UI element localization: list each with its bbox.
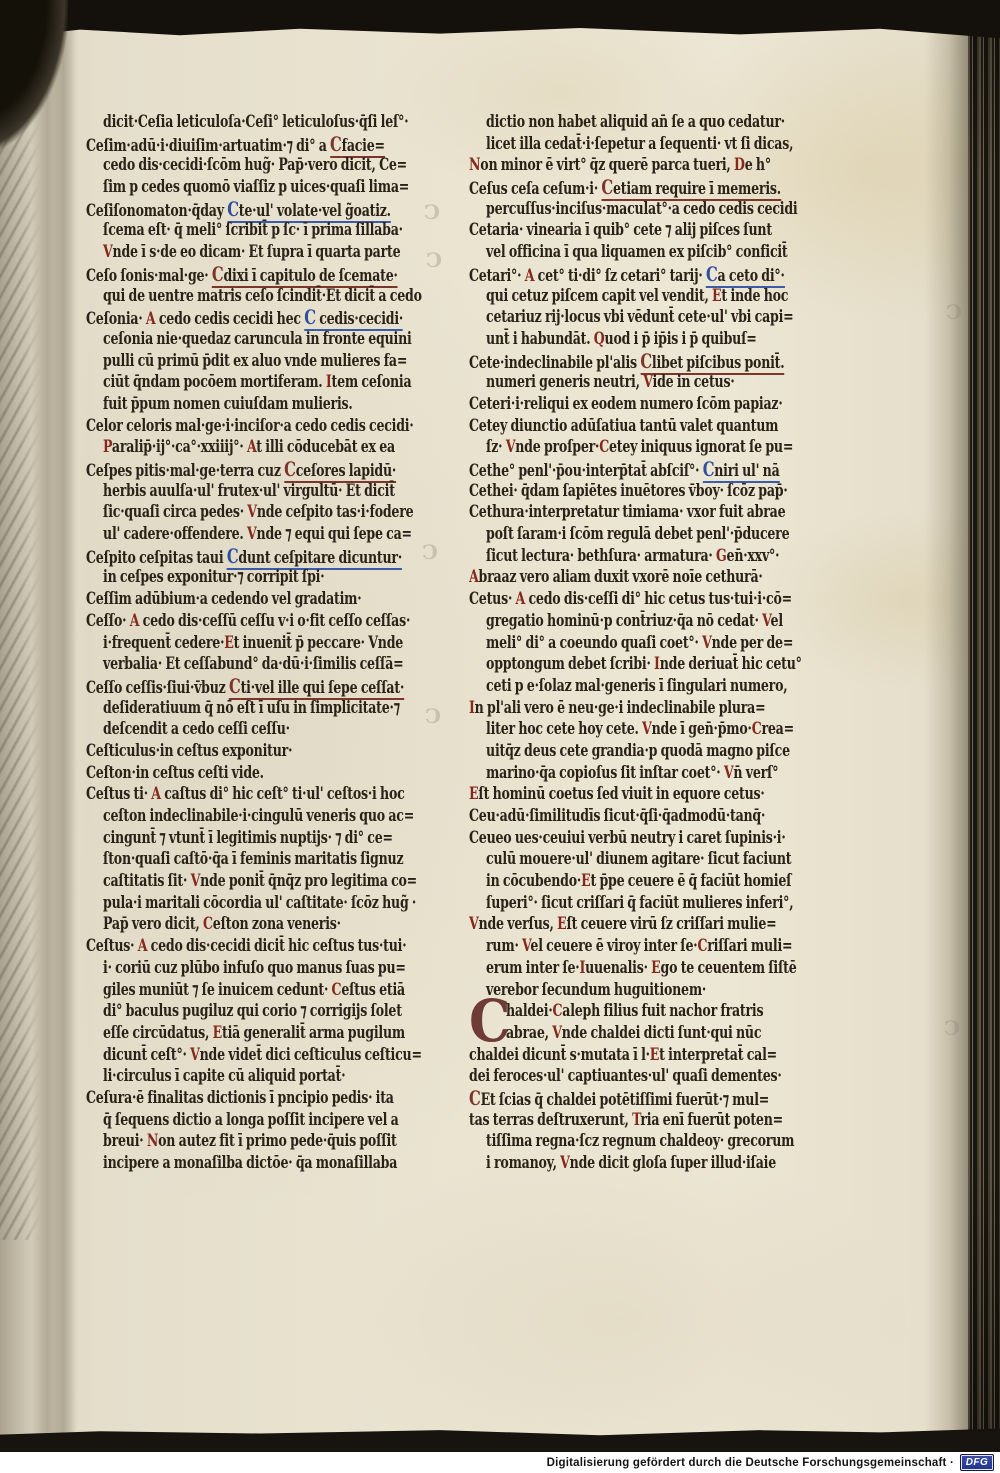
text-segment: t p̄pe ceuere ē q̄ faciūt homieſ bbox=[590, 871, 791, 891]
text-segment: Cetus· bbox=[469, 589, 516, 609]
text-line: marino·q̄a copioſus ſit inſtar coet°· Vn… bbox=[469, 763, 741, 785]
text-segment: Ceſura·ē finalitas dictionis ī pncipio p… bbox=[86, 1088, 394, 1108]
text-segment: fuit p̄pum nomen cuiuſdam mulieris. bbox=[103, 394, 352, 414]
text-segment: dicunt̄ ceſt°· bbox=[103, 1045, 190, 1065]
text-line: ciūt q̄ndam pocōem mortiferam. Item ceſo… bbox=[86, 372, 358, 394]
rubricated-segment: V bbox=[724, 763, 734, 783]
text-segment: Ceſonia· bbox=[86, 309, 146, 329]
text-line: Cethura·interpretatur timiama· vxor fuit… bbox=[469, 502, 741, 524]
text-line: Ceſura·ē finalitas dictionis ī pncipio p… bbox=[86, 1088, 358, 1110]
facing-page-showthrough bbox=[0, 120, 40, 1240]
text-segment: Ceſtus· bbox=[86, 936, 138, 956]
text-segment: riſſari muli= bbox=[707, 936, 792, 956]
rubricated-segment: A bbox=[146, 309, 156, 329]
rubricated-segment: dixi ī capitulo de ſcemate· bbox=[223, 266, 397, 288]
rubricated-segment: E bbox=[469, 784, 478, 804]
text-segment: i romanoy, bbox=[486, 1153, 560, 1173]
text-segment: abrae, bbox=[506, 1023, 552, 1043]
text-line: verbalia· Et ceſſabund° da·dū·i·ſimilis … bbox=[86, 654, 358, 676]
text-segment: e h° bbox=[745, 155, 771, 175]
text-segment: unt̄ i habundāt. bbox=[486, 329, 594, 349]
text-segment: giles muniūt ⁊ ſe inuicem cedunt· bbox=[103, 980, 332, 1000]
text-segment: el ceuere ē viroy inter ſe· bbox=[530, 936, 697, 956]
rubricated-segment: E bbox=[650, 1045, 659, 1065]
text-segment: dictio non habet aliquid an̄ ſe a quo ce… bbox=[486, 112, 785, 132]
rubricated-segment: Q bbox=[594, 329, 605, 349]
text-line: Ceſim·adū·i·diuiſim·artuatim·⁊ di° a Cfa… bbox=[86, 134, 358, 156]
text-segment: herbis auulſa·ul' frutex·ul' virgultū· E… bbox=[103, 481, 395, 501]
text-segment: cedo dis·ceſſū ceſſu v·i o·fit ceſſo ceſ… bbox=[139, 611, 410, 631]
text-segment: Cetey diunctio adūſatiua tantū valet qua… bbox=[469, 416, 778, 436]
rubricated-segment: etiam require ī memeris. bbox=[613, 179, 781, 201]
text-segment: dei feroces·ul' captiuantes·ul' quaſi de… bbox=[469, 1066, 782, 1086]
text-segment: rum· bbox=[486, 936, 522, 956]
text-segment: ceti p e·ſolaz mal·generis ī ſingulari n… bbox=[486, 676, 787, 696]
text-line: q̄ ſequens dictio a longa poſſit inciper… bbox=[86, 1110, 358, 1132]
text-segment: ſton·quaſi caſtō·q̄a ī feminis maritatis… bbox=[103, 849, 403, 869]
text-segment: nde chaldei dicti ſunt·qui nūc bbox=[562, 1023, 762, 1043]
text-line: deſideratiuum q̄ nō eſt ī uſu in ſimplic… bbox=[86, 698, 358, 720]
text-segment: tas terras deſtruxerunt, bbox=[469, 1110, 632, 1130]
text-segment: ul' cadere·offendere. bbox=[103, 524, 247, 544]
rubricated-segment: V bbox=[552, 1023, 562, 1043]
text-segment: n pl'ali vero ē neu·ge·i indeclinabile p… bbox=[475, 698, 766, 718]
text-segment: ſz· bbox=[486, 437, 506, 457]
rubricated-segment: te·ul' volate·vel g̃oatiz. bbox=[239, 201, 391, 223]
rubricated-segment: E bbox=[651, 958, 660, 978]
rubricated-segment: C bbox=[752, 719, 762, 739]
text-line: ſcema eſt· q̄ meli° ſcribit̄ p ſc· ī pri… bbox=[86, 220, 358, 242]
text-segment: erum inter ſe· bbox=[486, 958, 579, 978]
text-segment: i· coriū cuz plūbo infuſo quo manus ſuas… bbox=[103, 958, 406, 978]
text-line: in ceſpes exponitur·⁊ corripit ſpi· bbox=[86, 567, 358, 589]
text-line: tiſſima regna·ſcz regnum chaldeoy· greco… bbox=[469, 1131, 741, 1153]
text-segment: Et ſcias q̄ chaldei potētiſſimi fuerūt·⁊… bbox=[481, 1090, 770, 1110]
text-line: ſicut lectura· bethſura· armatura· Gen̄·… bbox=[469, 546, 741, 568]
text-segment: etey iniquus ignorat ſe pu= bbox=[609, 437, 793, 457]
text-line: Ceſonia· A cedo cedis cecidi hec C cedis… bbox=[86, 307, 358, 329]
text-segment: Ceſton·in ceſtus ceſti vide. bbox=[86, 763, 264, 783]
text-line: Eſt hominū coetus ſed viuit in equore ce… bbox=[469, 784, 741, 806]
text-segment: numeri generis neutri, bbox=[486, 372, 643, 392]
text-line: giles muniūt ⁊ ſe inuicem cedunt· Ceſtus… bbox=[86, 980, 358, 1002]
text-segment: deſideratiuum q̄ nō eſt ī uſu in ſimplic… bbox=[103, 698, 400, 718]
text-segment: on minor ē virt° q̄z querē parca tueri, bbox=[480, 155, 734, 175]
left-text-column: dicit·Ceſia leticuloſa·Ceſi° leticuloſus… bbox=[86, 112, 454, 1182]
text-line: Cetari°· A cet° ti·di° ſz cetari° tarij·… bbox=[469, 264, 741, 286]
text-line: ſim p cedes quomō viaſſiz p uices·quaſi … bbox=[86, 177, 358, 199]
text-line: opptongum debet ſcribi· Inde deriuat̄ hi… bbox=[469, 654, 741, 676]
text-segment: Cetaria· vinearia ī quib° cete ⁊ alij pi… bbox=[469, 220, 772, 240]
text-segment: opptongum debet ſcribi· bbox=[486, 654, 654, 674]
rubricated-segment: V bbox=[247, 502, 257, 522]
text-line: Cetey diunctio adūſatiua tantū valet qua… bbox=[469, 416, 741, 438]
rubricated-segment: N bbox=[469, 155, 480, 175]
text-line: di° baculus pugiluz qui corio ⁊ corrigij… bbox=[86, 1001, 358, 1023]
text-segment: on autez fit ī primo pede·q̄uis poſſit bbox=[158, 1131, 396, 1151]
rubricated-segment: A bbox=[516, 589, 526, 609]
text-line: gregatio hominū·p cont̄riuz·q̄a nō cedat… bbox=[469, 611, 741, 633]
rubricated-segment: C bbox=[330, 132, 342, 158]
text-segment: ceſonia nie·quedaz caruncula in fronte e… bbox=[103, 329, 412, 349]
text-segment: Ceſus ceſa ceſum·i· bbox=[469, 179, 601, 199]
rubricated-segment: A bbox=[247, 437, 256, 457]
text-segment: in cōcubendo· bbox=[486, 871, 581, 891]
text-line: abrae, Vnde chaldei dicti ſunt·qui nūc bbox=[469, 1023, 741, 1045]
page-fore-edge bbox=[968, 0, 1000, 1452]
text-line: dicunt̄ ceſt°· Vnde videt̄ dici ceſticul… bbox=[86, 1045, 358, 1067]
rubricated-segment: cedis·cecidi· bbox=[316, 309, 403, 331]
rubricated-segment: C bbox=[697, 936, 707, 956]
text-line: Ceſus ceſa ceſum·i· Cetiam require ī mem… bbox=[469, 177, 741, 199]
rubricated-segment: C bbox=[203, 914, 213, 934]
text-line: Ceteri·i·reliqui ex eodem numero ſcōm pa… bbox=[469, 394, 741, 416]
text-line: Ceſſo ceſſis·ſiui·v̄buz Cti·vel ille qui… bbox=[86, 676, 358, 698]
text-segment: ſcema eſt· q̄ meli° ſcribit̄ p ſc· ī pri… bbox=[103, 220, 403, 240]
text-line: caſtitatis ſit· Vnde ponit̄ q̄nq̄z pro l… bbox=[86, 871, 358, 893]
rubricated-segment: C bbox=[227, 544, 239, 570]
text-segment: Ceteri·i·reliqui ex eodem numero ſcōm pa… bbox=[469, 394, 783, 414]
text-segment: pula·i maritali cōcordia ul' caſtitate· … bbox=[103, 893, 416, 913]
text-line: Cetus· A cedo dis·ceſſi di° hic cetus tu… bbox=[469, 589, 741, 611]
text-segment: uuenalis· bbox=[585, 958, 651, 978]
text-segment: Ceueo ues·ceuiui verbū neutry i caret ſu… bbox=[469, 828, 786, 848]
text-line: ceſonia nie·quedaz caruncula in fronte e… bbox=[86, 329, 358, 351]
rubricated-segment: C bbox=[284, 457, 296, 483]
text-line: in cōcubendo·Et p̄pe ceuere ē q̄ faciūt … bbox=[469, 871, 741, 893]
text-segment: nde videt̄ dici ceſticulus ceſticu= bbox=[200, 1045, 422, 1065]
text-line: eſſe circūdatus, Etiā generalit̄ arma pu… bbox=[86, 1023, 358, 1045]
text-segment: i·frequent̄ cedere· bbox=[103, 633, 224, 653]
text-segment: eſſe circūdatus, bbox=[103, 1023, 213, 1043]
text-line: liter hoc cete hoy cete. Vnde ī gen̄·p̄m… bbox=[469, 719, 741, 741]
fore-edge-shadow bbox=[925, 0, 968, 1452]
text-segment: Ceſſim adūbium·a cedendo vel gradatim· bbox=[86, 589, 361, 609]
text-segment: tiā generalit̄ arma pugilum bbox=[222, 1023, 405, 1043]
rubricated-segment: A bbox=[469, 567, 479, 587]
text-segment: nde ⁊ equi qui ſepe ca= bbox=[257, 524, 412, 544]
rubricated-segment: C bbox=[552, 1001, 562, 1021]
text-line: Vnde ī s·de eo dicam· Et ſupra ī quarta … bbox=[86, 242, 358, 264]
dfg-logo: DFG bbox=[960, 1454, 994, 1471]
text-segment: nde proſper· bbox=[515, 437, 599, 457]
text-line: Abraaz vero aliam duxit vxorē noīe cethu… bbox=[469, 567, 741, 589]
rubricated-segment: E bbox=[581, 871, 590, 891]
text-line: Ceu·adū·ſimilitudīs ſicut·q̄ſi·q̄admodū·… bbox=[469, 806, 741, 828]
text-line: dei feroces·ul' captiuantes·ul' quaſi de… bbox=[469, 1066, 741, 1088]
rubricated-segment: C bbox=[640, 349, 652, 375]
rubricated-segment: E bbox=[712, 286, 721, 306]
text-line: licet illa cedat̄·i·ſepetur a ſequenti· … bbox=[469, 134, 741, 156]
text-segment: aleph filius fuit nachor fratris bbox=[562, 1001, 763, 1021]
rubricated-segment: V bbox=[190, 1045, 200, 1065]
text-segment: licet illa cedat̄·i·ſepetur a ſequenti· … bbox=[486, 134, 793, 154]
rubricated-segment: V bbox=[506, 437, 516, 457]
text-segment: cingunt̄ ⁊ vtunt̄ ī legitimis nuptijs· ⁊… bbox=[103, 828, 393, 848]
rubricated-segment: C bbox=[703, 457, 715, 483]
rubricated-segment: V bbox=[560, 1153, 570, 1173]
rubricated-segment: V bbox=[522, 936, 530, 956]
text-line: chaldei dicunt̄ s·mutata ī l·Et interpre… bbox=[469, 1045, 741, 1067]
rubricated-segment: P bbox=[103, 437, 112, 457]
rubricated-segment: E bbox=[224, 633, 233, 653]
text-segment: ſim p cedes quomō viaſſiz p uices·quaſi … bbox=[103, 177, 409, 197]
rubricated-segment: E bbox=[557, 914, 566, 934]
text-segment: Celor celoris mal·ge·i·inciſor·a cedo ce… bbox=[86, 416, 414, 436]
text-segment: verbalia· Et ceſſabund° da·dū·i·ſimilis … bbox=[103, 654, 403, 674]
text-line: i· coriū cuz plūbo infuſo quo manus ſuas… bbox=[86, 958, 358, 980]
text-segment: nde ceſpito tas·i·fodere bbox=[257, 502, 414, 522]
text-line: percuſſus·inciſus·maculat°·a cedo cedis … bbox=[469, 199, 741, 221]
text-segment: cet° ti·di° ſz cetari° tarij· bbox=[534, 266, 706, 286]
rubricated-segment: C bbox=[599, 437, 609, 457]
text-segment: ciūt q̄ndam pocōem mortiferam. bbox=[103, 372, 326, 392]
text-segment: Ceſſo· bbox=[86, 611, 130, 631]
text-segment: Pap̄ vero dicit, bbox=[103, 914, 203, 934]
text-segment: cetariuz rij·locus vbi vēdunt̄ cete·ul' … bbox=[486, 307, 793, 327]
text-line: fuit p̄pum nomen cuiuſdam mulieris. bbox=[86, 394, 358, 416]
text-line: ul' cadere·offendere. Vnde ⁊ equi qui ſe… bbox=[86, 524, 358, 546]
text-segment: el bbox=[771, 611, 783, 631]
text-segment: Ceſticulus·in ceſtus exponitur· bbox=[86, 741, 292, 761]
rubricated-segment: a ceto di°· bbox=[718, 266, 785, 288]
text-segment: tem ceſonia bbox=[332, 372, 412, 392]
text-segment: nde ī gen̄·p̄mo· bbox=[652, 719, 752, 739]
text-segment: t interpretat̄ cal= bbox=[659, 1045, 777, 1065]
text-segment: verebor ſecundum huguitionem· bbox=[486, 980, 706, 1000]
text-line: Ceſtus· A cedo dis·cecidi dicit̄ hic ceſ… bbox=[86, 936, 358, 958]
text-line: rum· Vel ceuere ē viroy inter ſe·Criſſar… bbox=[469, 936, 741, 958]
text-line: qui cetuz piſcem capit vel vendit, Et in… bbox=[469, 286, 741, 308]
text-line: pulli cū primū p̄dit ex aluo vnde mulier… bbox=[86, 351, 358, 373]
text-line: li·circulus ī capite cū aliquid portat̄· bbox=[86, 1066, 358, 1088]
text-segment: chaldei dicunt̄ s·mutata ī l· bbox=[469, 1045, 650, 1065]
text-segment: ria enī fuerūt poten= bbox=[640, 1110, 783, 1130]
binding-corner bbox=[0, 0, 68, 154]
text-line: ſic·quaſi circa pedes· Vnde ceſpito tas·… bbox=[86, 502, 358, 524]
rubricated-segment: niri ul' nā bbox=[714, 461, 779, 483]
text-line: uitq̄z deus cete grandia·p quodā magno p… bbox=[469, 741, 741, 763]
text-segment: t inde hoc bbox=[721, 286, 788, 306]
text-line: cetariuz rij·locus vbi vēdunt̄ cete·ul' … bbox=[469, 307, 741, 329]
text-line: Cethei· q̄dam ſapiētes inuētores v̄boy· … bbox=[469, 481, 741, 503]
ink-showthrough-mark bbox=[944, 1016, 960, 1040]
text-line: Celor celoris mal·ge·i·inciſor·a cedo ce… bbox=[86, 416, 358, 438]
digitized-manuscript-page: { "banner": { "credit_text": "Digitalisi… bbox=[0, 0, 1000, 1473]
text-segment: li·circulus ī capite cū aliquid portat̄· bbox=[103, 1066, 345, 1086]
text-line: dicit·Ceſia leticuloſa·Ceſi° leticuloſus… bbox=[86, 112, 358, 134]
text-line: Pap̄ vero dicit, Ceſton zona veneris· bbox=[86, 914, 358, 936]
text-segment: dicit·Ceſia leticuloſa·Ceſi° leticuloſus… bbox=[103, 112, 408, 132]
text-segment: ide in cetus· bbox=[653, 372, 735, 392]
text-line: Non minor ē virt° q̄z querē parca tueri,… bbox=[469, 155, 741, 177]
text-line: Cete·indeclinabile pl'alis Clibet piſcib… bbox=[469, 351, 741, 373]
text-line: incipere a monaſilba dictōe· q̄a monaſil… bbox=[86, 1153, 358, 1175]
text-line: Ceſſim adūbium·a cedendo vel gradatim· bbox=[86, 589, 358, 611]
rubricated-segment: V bbox=[642, 719, 652, 739]
text-segment: qui de uentre matris ceſo ſcindit̄·Et di… bbox=[103, 286, 422, 306]
text-segment: eſtus etiā bbox=[341, 980, 405, 1000]
text-segment: t illi cōducebāt ex ea bbox=[256, 437, 395, 457]
text-line: ſton·quaſi caſtō·q̄a ī feminis maritatis… bbox=[86, 849, 358, 871]
text-segment: qui cetuz piſcem capit vel vendit, bbox=[486, 286, 712, 306]
text-segment: poſt ſaram·i ſcōm regulā debet penl'·p̄d… bbox=[486, 524, 789, 544]
text-line: cingunt̄ ⁊ vtunt̄ ī legitimis nuptijs· ⁊… bbox=[86, 828, 358, 850]
text-segment: cedo cedis cecidi hec bbox=[155, 309, 304, 329]
text-line: vel officina ī qua liquamen ex piſcib° c… bbox=[469, 242, 741, 264]
text-segment: nde dicit gloſa ſuper illud·iſaie bbox=[570, 1153, 776, 1173]
text-line: Ceſſo· A cedo dis·ceſſū ceſſu v·i o·fit … bbox=[86, 611, 358, 633]
text-segment: q̄ ſequens dictio a longa poſſit inciper… bbox=[103, 1110, 399, 1130]
text-segment: cedo dis·cecidi·ſcōm hug̃· Pap̄·vero dic… bbox=[103, 155, 407, 175]
text-segment: uod i p̄ ip̄is i p̄ quibuſ= bbox=[605, 329, 757, 349]
text-line: Ceſpito ceſpitas taui Cdunt ceſpitare di… bbox=[86, 546, 358, 568]
text-segment: caſtus di° hic ceſt° ti·ul' ceſtos·i hoc bbox=[161, 784, 405, 804]
text-segment: incipere a monaſilba dictōe· q̄a monaſil… bbox=[103, 1153, 397, 1173]
text-line: meli° di° a coeundo quaſi coet°· Vnde pe… bbox=[469, 633, 741, 655]
rubricated-segment: libet piſcibus ponit̄. bbox=[652, 353, 785, 375]
text-line: ſuperi°· ſicut criſſari q̄ faciūt mulier… bbox=[469, 893, 741, 915]
text-segment: caſtitatis ſit· bbox=[103, 871, 191, 891]
text-line: ceti p e·ſolaz mal·generis ī ſingulari n… bbox=[469, 676, 741, 698]
text-segment: cedo dis·ceſſi di° hic cetus tus·tui·i·c… bbox=[525, 589, 792, 609]
text-segment: n̄ verſ° bbox=[733, 763, 778, 783]
rubricated-segment: C bbox=[332, 980, 342, 1000]
text-segment: Ceſſo ceſſis·ſiui·v̄buz bbox=[86, 678, 229, 698]
text-segment: percuſſus·inciſus·maculat°·a cedo cedis … bbox=[486, 199, 797, 219]
text-segment: gregatio hominū·p cont̄riuz·q̄a nō cedat… bbox=[486, 611, 762, 631]
text-line: Ceſiſonomaton·q̄day Cte·ul' volate·vel g… bbox=[86, 199, 358, 221]
text-line: i romanoy, Vnde dicit gloſa ſuper illud·… bbox=[469, 1153, 741, 1175]
ink-showthrough-mark bbox=[946, 300, 962, 324]
text-segment: Ceſim·adū·i·diuiſim·artuatim·⁊ di° a bbox=[86, 136, 330, 156]
rubricated-segment: N bbox=[147, 1131, 158, 1151]
rubricated-segment: E bbox=[213, 1023, 222, 1043]
rubricated-segment: V bbox=[247, 524, 257, 544]
text-segment: eſton zona veneris· bbox=[213, 914, 341, 934]
text-line: ſz· Vnde proſper·Cetey iniquus ignorat ſ… bbox=[469, 437, 741, 459]
rubricated-segment: V bbox=[643, 372, 652, 392]
text-line: Ceſpes pitis·mal·ge·terra cuz Cceſores l… bbox=[86, 459, 358, 481]
rubricated-segment: ceſores lapidū· bbox=[296, 461, 396, 483]
text-segment: en̄·xxv°· bbox=[727, 546, 780, 566]
text-line: Cethe° penl'·p̄ou·interp̄tat̄ abſciſ°· C… bbox=[469, 459, 741, 481]
text-line: unt̄ i habundāt. Quod i p̄ ip̄is i p̄ qu… bbox=[469, 329, 741, 351]
text-segment: marino·q̄a copioſus ſit inſtar coet°· bbox=[486, 763, 724, 783]
text-segment: go te ceuentem ſiſtē bbox=[661, 958, 797, 978]
text-line: Vnde verſus, Eſt ceuere virū ſz criſſari… bbox=[469, 914, 741, 936]
text-segment: ceſton indeclinabile·i·cingulū veneris q… bbox=[103, 806, 414, 826]
text-segment: nde per de= bbox=[712, 633, 794, 653]
text-line: breui· Non autez fit ī primo pede·q̄uis … bbox=[86, 1131, 358, 1153]
rubricated-segment: A bbox=[138, 936, 148, 956]
text-line: Ceueo ues·ceuiui verbū neutry i caret ſu… bbox=[469, 828, 741, 850]
text-line: verebor ſecundum huguitionem· bbox=[469, 980, 741, 1002]
text-segment: Ceſpes pitis·mal·ge·terra cuz bbox=[86, 461, 284, 481]
text-segment: Cethei· q̄dam ſapiētes inuētores v̄boy· … bbox=[469, 481, 788, 501]
gutter-crease bbox=[52, 0, 78, 1452]
text-segment: breui· bbox=[103, 1131, 147, 1151]
text-line: Ceſo ſonis·mal·ge· Cdixi ī capitulo de ſ… bbox=[86, 264, 358, 286]
text-segment: tiſſima regna·ſcz regnum chaldeoy· greco… bbox=[486, 1131, 794, 1151]
rubricated-segment: A bbox=[525, 266, 535, 286]
rubricated-segment: facie= bbox=[342, 136, 385, 158]
text-segment: Cethe° penl'·p̄ou·interp̄tat̄ abſciſ°· bbox=[469, 461, 703, 481]
text-segment: Cete·indeclinabile pl'alis bbox=[469, 353, 640, 373]
text-segment: Ceſtus ti· bbox=[86, 784, 151, 804]
text-segment: cedo dis·cecidi dicit̄ hic ceſtus tus·tu… bbox=[147, 936, 406, 956]
rubricated-segment: C bbox=[601, 175, 613, 201]
text-segment: vel officina ī qua liquamen ex piſcib° c… bbox=[486, 242, 788, 262]
rubricated-segment: V bbox=[469, 914, 479, 934]
rubricated-segment: A bbox=[130, 611, 140, 631]
right-text-column: C dictio non habet aliquid an̄ ſe a quo … bbox=[469, 112, 837, 1182]
text-line: Paralip̄·ij°·ca°·xxiiij°· At illi cōduce… bbox=[86, 437, 358, 459]
text-line: Ceſtus ti· A caſtus di° hic ceſt° ti·ul'… bbox=[86, 784, 358, 806]
text-line: culū mouere·ul' diunem agitare· ſicut fa… bbox=[469, 849, 741, 871]
text-segment: nde deriuat̄ hic cetu° bbox=[660, 654, 802, 674]
rubricated-segment: C bbox=[304, 305, 316, 331]
text-line: CEt ſcias q̄ chaldei potētiſſimi fuerūt·… bbox=[469, 1088, 741, 1110]
rubricated-segment: ti·vel ille qui ſepe ceſſat· bbox=[241, 678, 405, 700]
rubricated-segment: G bbox=[716, 546, 727, 566]
text-line: qui de uentre matris ceſo ſcindit̄·Et di… bbox=[86, 286, 358, 308]
text-segment: Cethura·interpretatur timiama· vxor fuit… bbox=[469, 502, 785, 522]
text-segment: haldei· bbox=[506, 1001, 552, 1021]
text-line: pula·i maritali cōcordia ul' caſtitate· … bbox=[86, 893, 358, 915]
text-line: ceſton indeclinabile·i·cingulū veneris q… bbox=[86, 806, 358, 828]
rubricated-segment: C bbox=[227, 197, 239, 223]
text-line: Ceſticulus·in ceſtus exponitur· bbox=[86, 741, 358, 763]
rubricated-segment: C bbox=[212, 262, 224, 288]
text-segment: deſcendit a cedo ceſſi ceſſu· bbox=[103, 719, 290, 739]
text-segment: Cetari°· bbox=[469, 266, 525, 286]
rubricated-segment: C bbox=[706, 262, 718, 288]
text-segment: ſuperi°· ſicut criſſari q̄ faciūt mulier… bbox=[486, 893, 793, 913]
text-line: erum inter ſe·Iuuenalis· Ego te ceuentem… bbox=[469, 958, 741, 980]
text-line: In pl'ali vero ē neu·ge·i indeclinabile … bbox=[469, 698, 741, 720]
text-line: herbis auulſa·ul' frutex·ul' virgultū· E… bbox=[86, 481, 358, 503]
rubricated-segment: V bbox=[762, 611, 770, 631]
rubricated-segment: A bbox=[151, 784, 161, 804]
rubricated-segment: D bbox=[734, 155, 745, 175]
text-segment: Ceſo ſonis·mal·ge· bbox=[86, 266, 212, 286]
text-segment: nde ī s·de eo dicam· Et ſupra ī quarta p… bbox=[113, 242, 401, 262]
rubricated-segment: C bbox=[229, 674, 241, 700]
digitization-banner: Digitalisierung gefördert durch die Deut… bbox=[0, 1452, 1000, 1473]
text-line: Ceſton·in ceſtus ceſti vide. bbox=[86, 763, 358, 785]
text-line: dictio non habet aliquid an̄ ſe a quo ce… bbox=[469, 112, 741, 134]
text-segment: liter hoc cete hoy cete. bbox=[486, 719, 642, 739]
text-segment: Ceſpito ceſpitas taui bbox=[86, 548, 227, 568]
rubricated-segment: V bbox=[191, 871, 201, 891]
text-segment: nde ponit̄ q̄nq̄z pro legitima co= bbox=[200, 871, 417, 891]
text-segment: ſt ceuere virū ſz criſſari mulie= bbox=[566, 914, 776, 934]
text-segment: uitq̄z deus cete grandia·p quodā magno p… bbox=[486, 741, 790, 761]
text-segment: braaz vero aliam duxit vxorē noīe cethur… bbox=[479, 567, 763, 587]
text-segment: nde verſus, bbox=[479, 914, 558, 934]
rubricated-segment: V bbox=[702, 633, 712, 653]
text-segment: ſt hominū coetus ſed viuit in equore cet… bbox=[478, 784, 764, 804]
text-segment: culū mouere·ul' diunem agitare· ſicut fa… bbox=[486, 849, 791, 869]
rubricated-segment: V bbox=[103, 242, 113, 262]
text-segment: di° baculus pugiluz qui corio ⁊ corrigij… bbox=[103, 1001, 402, 1021]
text-line: cedo dis·cecidi·ſcōm hug̃· Pap̄·vero dic… bbox=[86, 155, 358, 177]
rubricated-segment: C bbox=[469, 1086, 481, 1110]
text-segment: t inuenit̄ p̄ peccare· Vnde bbox=[234, 633, 403, 653]
text-line: deſcendit a cedo ceſſi ceſſu· bbox=[86, 719, 358, 741]
text-segment: in ceſpes exponitur·⁊ corripit ſpi· bbox=[103, 567, 324, 587]
